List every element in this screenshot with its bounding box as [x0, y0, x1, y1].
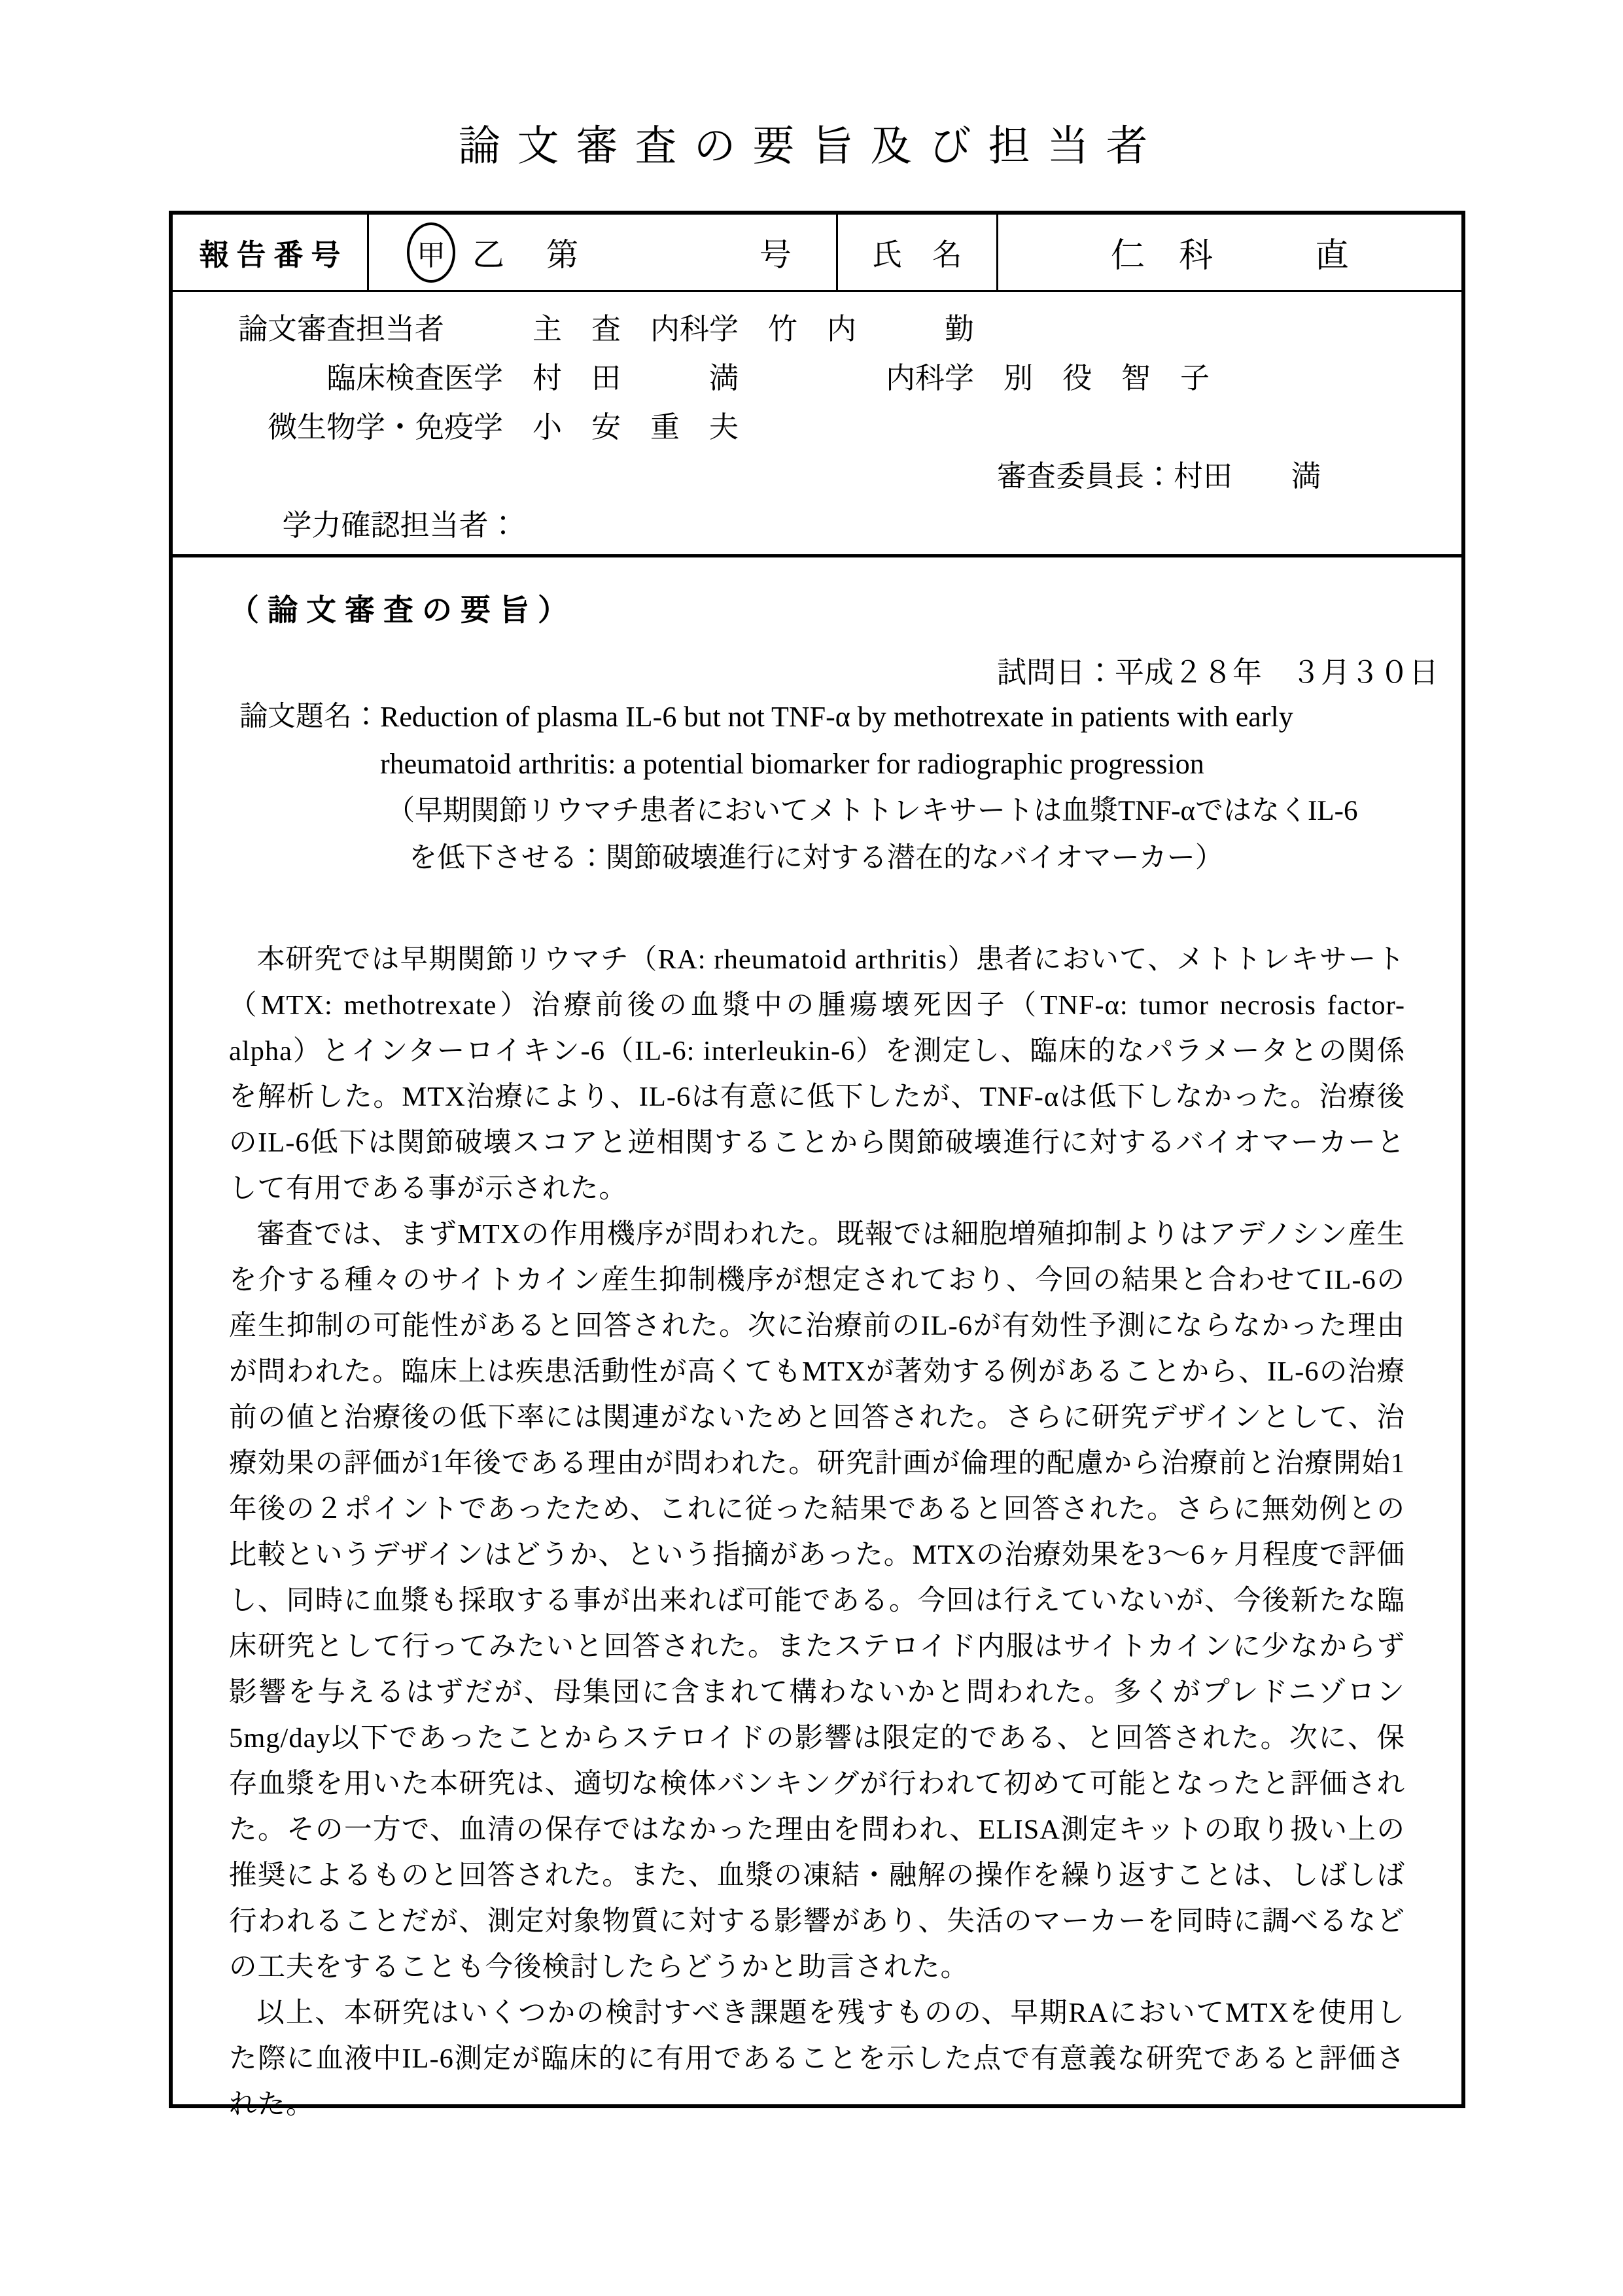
- kou-circled-mark: 甲: [407, 222, 455, 283]
- report-number-label-cell: 報告番号: [173, 215, 369, 290]
- candidate-name: 仁 科 直: [1111, 228, 1349, 277]
- committee-chair-line: 審査委員長：村田 満: [997, 452, 1321, 501]
- document-frame: 報告番号 甲 乙 第 号 氏 名 仁 科 直 論文審査担当者 主 査 内科学 竹…: [169, 211, 1465, 2108]
- committee-row-second: 臨床検査医学 村 田 満 内科学 別 役 智 子: [238, 354, 1461, 403]
- review-body: 本研究では早期関節リウマチ（RA: rheumatoid arthritis）患…: [229, 937, 1405, 2128]
- name-label-cell: 氏 名: [838, 215, 998, 290]
- report-number-cell: 甲 乙 第 号: [369, 215, 838, 290]
- academic-confirmation-label: 学力確認担当者：: [283, 509, 518, 542]
- go-suffix: 号: [759, 230, 792, 275]
- exam-date-line: 試問日：平成２８年 ３月３０日: [997, 648, 1439, 698]
- review-paragraph-2: 審査では、まずMTXの作用機序が問われた。既報では細胞増殖抑制よりはアデノシン産…: [229, 1212, 1405, 1990]
- review-paragraph-1: 本研究では早期関節リウマチ（RA: rheumatoid arthritis）患…: [229, 937, 1405, 1212]
- review-paragraph-3: 以上、本研究はいくつかの検討すべき課題を残すものの、早期RAにおいてMTXを使用…: [229, 1990, 1405, 2128]
- committee-row-chief: 論文審査担当者 主 査 内科学 竹 内 勤: [238, 305, 1461, 354]
- page-title: 論文審査の要旨及び担当者: [0, 113, 1623, 173]
- committee-row-exam-date: 試問日：平成２８年 ３月３０日: [238, 648, 1461, 796]
- committee-section: 論文審査担当者 主 査 内科学 竹 内 勤 臨床検査医学 村 田 満 内科学 別…: [173, 292, 1461, 557]
- thesis-title-ja-line2: を低下させる：関節破壊進行に対する潜在的なバイオマーカー）: [380, 835, 1405, 882]
- committee-row-third: 微生物学・免疫学 小 安 重 夫: [238, 403, 1461, 452]
- report-header-row: 報告番号 甲 乙 第 号 氏 名 仁 科 直: [173, 215, 1461, 292]
- otsu-dai-text: 乙 第: [472, 230, 595, 275]
- report-number-label: 報告番号: [191, 231, 348, 274]
- committee-row-academic: 学力確認担当者： 審査委員長：村田 満: [238, 452, 1461, 648]
- name-cell: 仁 科 直: [998, 215, 1461, 290]
- name-label: 氏 名: [872, 231, 962, 274]
